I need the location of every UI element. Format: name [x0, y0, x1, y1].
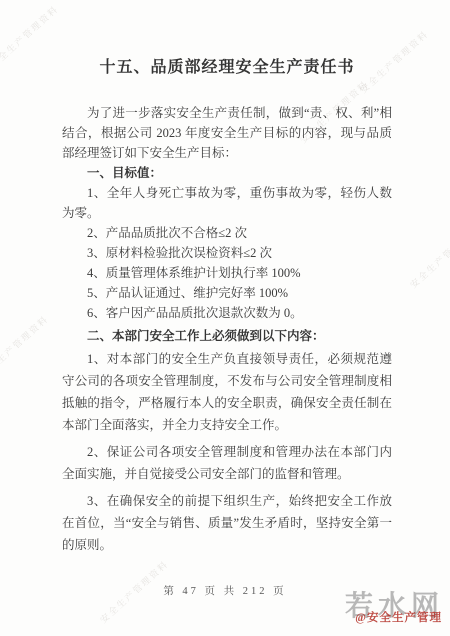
- document-title: 十五、品质部经理安全生产责任书: [62, 54, 392, 77]
- site-watermark-overlay: @安全生产管理: [355, 609, 442, 625]
- duty-paragraph: 2、保证公司各项安全管理制度和管理办法在本部门内全面实施，并自觉接受公司安全部门…: [62, 441, 392, 485]
- target-item: 4、质量管理体系维护计划执行率 100%: [62, 263, 392, 283]
- target-item: 2、产品品质批次不合格≤2 次: [62, 223, 392, 243]
- document-content: 十五、品质部经理安全生产责任书 为了进一步落实安全生产责任制，做到“责、权、利”…: [62, 54, 392, 561]
- target-item: 1、全年人身死亡事故为零，重伤事故为零，轻伤人数为零。: [62, 183, 392, 223]
- section2-heading: 二、本部门安全工作上必须做到以下内容：: [62, 326, 392, 346]
- target-item: 6、客户因产品品质批次退款次数为 0。: [62, 303, 392, 323]
- intro-paragraph: 为了进一步落实安全生产责任制，做到“责、权、利”相结合，根据公司 2023 年度…: [62, 103, 392, 163]
- section1-heading: 一、目标值：: [62, 163, 392, 183]
- diagonal-watermark: 安全生产管理资料: [0, 312, 51, 381]
- duty-paragraph: 1、对本部门的安全生产负直接领导责任，必须规范遵守公司的各项安全管理制度，不发布…: [62, 348, 392, 436]
- diagonal-watermark: 安全生产管理资料: [407, 222, 450, 291]
- duty-paragraph: 3、在确保安全的前提下组织生产，始终把安全工作放在首位，当“安全与销售、质量”发…: [62, 490, 392, 556]
- diagonal-watermark: 安全生产管理资料: [0, 2, 61, 71]
- site-watermark: 若水网 @安全生产管理: [338, 590, 448, 632]
- document-page: 安全生产管理资料 安全生产管理资料 安全生产管理资料 安全生产管理资料 安全生产…: [0, 0, 450, 636]
- target-item: 3、原材料检验批次误检资料≤2 次: [62, 243, 392, 263]
- target-item: 5、产品认证通过、维护完好率 100%: [62, 283, 392, 303]
